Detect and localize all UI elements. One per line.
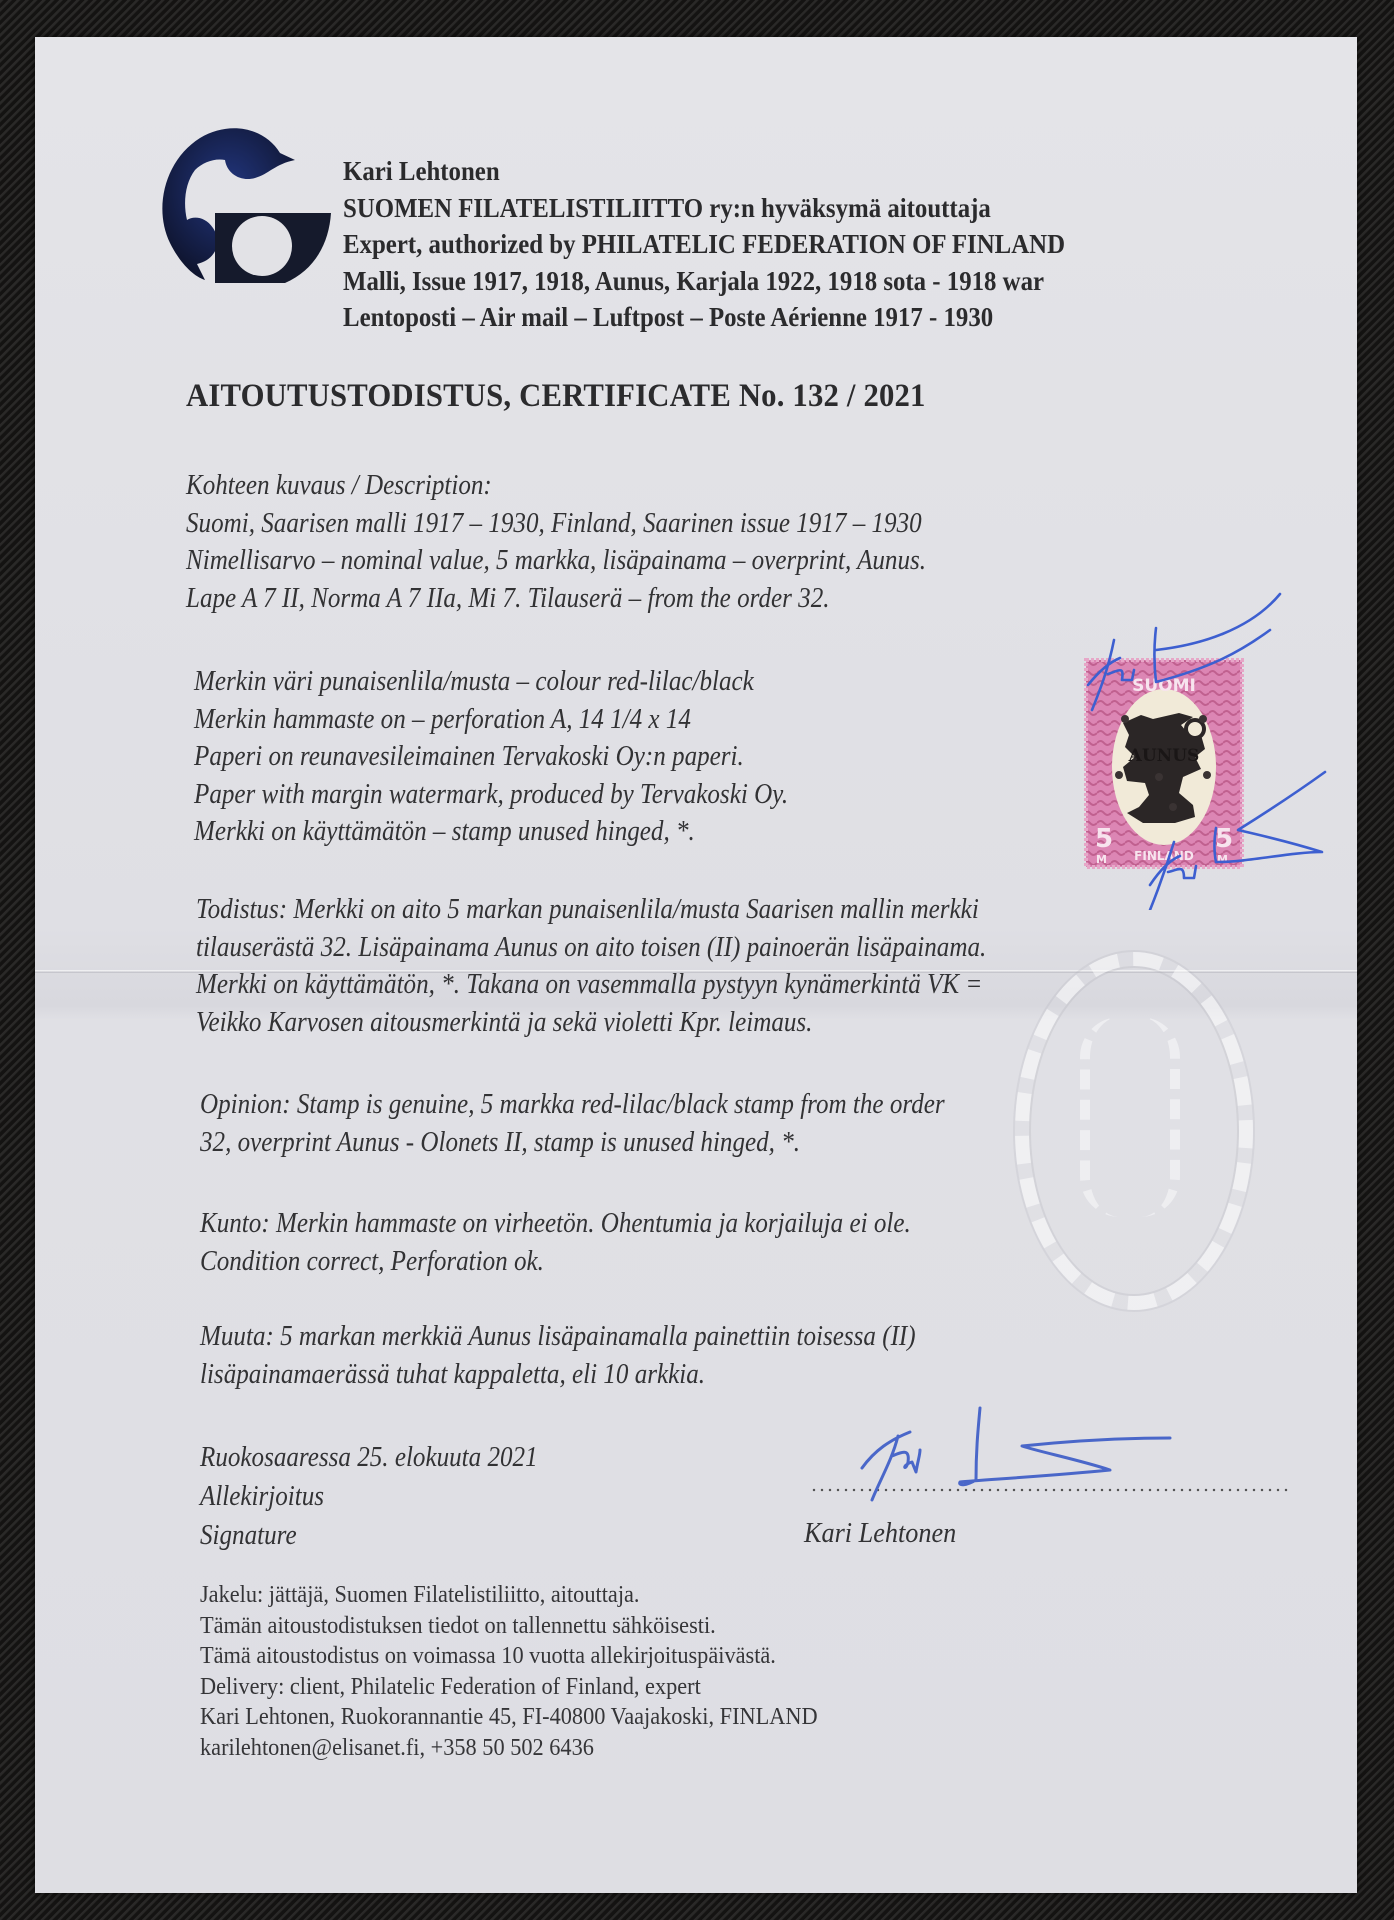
svg-text:FINLAND: FINLAND <box>1134 849 1194 863</box>
condition-line: Condition correct, Perforation ok. <box>200 1243 911 1281</box>
issues-line: Malli, Issue 1917, 1918, Aunus, Karjala … <box>343 263 1065 300</box>
footer-contact: karilehtonen@elisanet.fi, +358 50 502 64… <box>200 1733 818 1764</box>
property-line: Paper with margin watermark, produced by… <box>194 776 788 814</box>
footer-line: Jakelu: jättäjä, Suomen Filatelistiliitt… <box>200 1580 818 1611</box>
philatelic-expert-logo-icon <box>145 108 335 288</box>
footer-line: Tämä aitoustodistus on voimassa 10 vuott… <box>200 1641 818 1672</box>
certification-block: Todistus: Merkki on aito 5 markan punais… <box>196 891 1094 1041</box>
property-line: Merkin hammaste on – perforation A, 14 1… <box>194 701 788 739</box>
description-line: Lape A 7 II, Norma A 7 IIa, Mi 7. Tilaus… <box>186 580 926 618</box>
stamp-overprint: AUNUS <box>1128 746 1200 766</box>
embossed-seal-inner <box>1080 1017 1180 1217</box>
certification-line: tilauserästä 32. Lisäpainama Aunus on ai… <box>196 929 986 967</box>
airmail-line: Lentoposti – Air mail – Luftpost – Poste… <box>343 299 1065 336</box>
other-notes-line: Muuta: 5 markan merkkiä Aunus lisäpainam… <box>200 1318 916 1356</box>
certification-line: Merkki on käyttämätön, *. Takana on vase… <box>196 966 986 1004</box>
svg-text:M: M <box>1096 853 1107 866</box>
properties-block: Merkin väri punaisenlila/musta – colour … <box>194 663 869 851</box>
signature-label-fi: Allekirjoitus <box>200 1477 538 1516</box>
footer-line: Kari Lehtonen, Ruokorannantie 45, FI-408… <box>200 1702 818 1733</box>
authorization-line: Expert, authorized by PHILATELIC FEDERAT… <box>343 226 1065 263</box>
condition-line: Kunto: Merkin hammaste on virheetön. Ohe… <box>200 1205 911 1243</box>
property-line: Merkin väri punaisenlila/musta – colour … <box>194 663 788 701</box>
certification-line: Veikko Karvosen aitousmerkintä ja sekä v… <box>196 1004 986 1042</box>
other-notes-line: lisäpainamaerässä tuhat kappaletta, eli … <box>200 1356 916 1394</box>
certification-line: Todistus: Merkki on aito 5 markan punais… <box>196 891 986 929</box>
signature-label-en: Signature <box>200 1516 538 1555</box>
opinion-line: 32, overprint Aunus - Olonets II, stamp … <box>200 1124 945 1162</box>
signature-line <box>810 1488 1292 1492</box>
opinion-block: Opinion: Stamp is genuine, 5 markka red-… <box>200 1086 1046 1161</box>
certificate-title: AITOUTUSTODISTUS, CERTIFICATE No. 132 / … <box>186 378 926 415</box>
description-line: Kohteen kuvaus / Description: <box>186 467 926 505</box>
description-line: Nimellisarvo – nominal value, 5 markka, … <box>186 542 926 580</box>
svg-text:5: 5 <box>1095 824 1113 854</box>
federation-line: SUOMEN FILATELISTILIITTO ry:n hyväksymä … <box>343 190 1065 227</box>
property-line: Paperi on reunavesileimainen Tervakoski … <box>194 738 788 776</box>
place-date: Ruokosaaressa 25. elokuuta 2021 <box>200 1438 538 1477</box>
postage-stamp: SUOMI FINLAND 5 5 M M AUNUS <box>1083 657 1245 870</box>
property-line: Merkki on käyttämätön – stamp unused hin… <box>194 813 788 851</box>
opinion-line: Opinion: Stamp is genuine, 5 markka red-… <box>200 1086 945 1124</box>
other-notes-block: Muuta: 5 markan merkkiä Aunus lisäpainam… <box>200 1318 1013 1393</box>
stamp-country-top: SUOMI <box>1132 676 1196 696</box>
signer-name: Kari Lehtonen <box>804 1518 956 1550</box>
footer-line: Tämän aitoustodistuksen tiedot on tallen… <box>200 1611 818 1642</box>
expert-name: Kari Lehtonen <box>343 153 1065 190</box>
header: Kari Lehtonen SUOMEN FILATELISTILIITTO r… <box>343 153 1128 336</box>
place-date-block: Ruokosaaressa 25. elokuuta 2021 Allekirj… <box>200 1438 584 1555</box>
footer-block: Jakelu: jättäjä, Suomen Filatelistiliitt… <box>200 1580 864 1763</box>
footer-line: Delivery: client, Philatelic Federation … <box>200 1672 818 1703</box>
description-block: Kohteen kuvaus / Description: Suomi, Saa… <box>186 467 1027 617</box>
svg-text:5: 5 <box>1215 824 1233 854</box>
svg-text:M: M <box>1217 853 1228 866</box>
description-line: Suomi, Saarisen malli 1917 – 1930, Finla… <box>186 505 926 543</box>
condition-block: Kunto: Merkin hammaste on virheetön. Ohe… <box>200 1205 1008 1280</box>
